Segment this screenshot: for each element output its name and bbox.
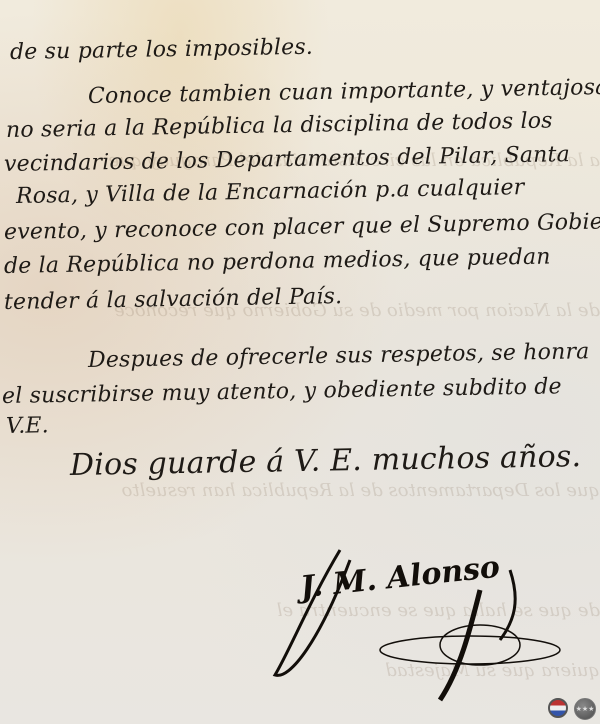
letter-line-11: V.E. bbox=[6, 413, 49, 439]
flag-badge-icon[interactable] bbox=[548, 698, 568, 718]
seal-badge-icon[interactable]: ★★★ bbox=[574, 698, 596, 720]
letter-line-1: de su parte los imposibles. bbox=[10, 35, 313, 65]
overlay-badges: ★★★ bbox=[548, 698, 596, 720]
bleed-through-text: que los Departamentos de la Republica ha… bbox=[0, 480, 600, 501]
